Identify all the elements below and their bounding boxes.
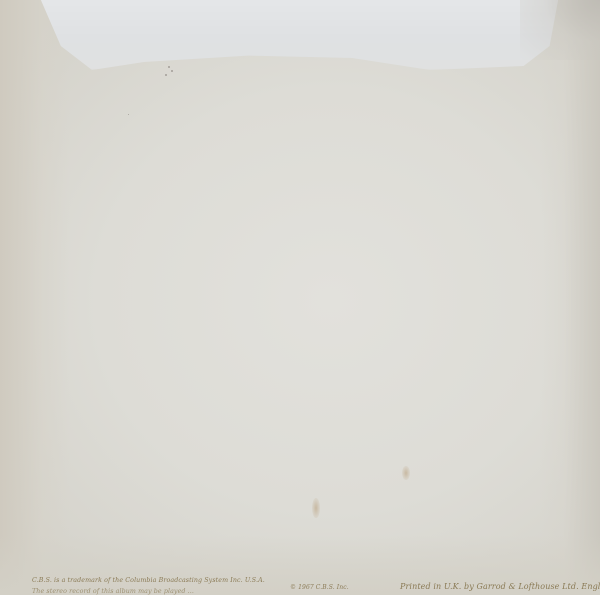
dust-speck [171,70,173,72]
printer-credit: Printed in U.K. by Garrod & Lofthouse Lt… [400,582,600,591]
dust-speck [168,66,170,68]
right-edge-shadow [540,0,600,595]
stereo-note: The stereo record of this album may be p… [32,588,194,595]
corner-shadow [520,0,600,60]
copyright-notice: © 1967 C.B.S. Inc. [290,584,349,591]
trademark-credit: C.B.S. is a trademark of the Columbia Br… [32,577,265,584]
dust-speck [128,114,129,115]
dust-speck [165,74,167,76]
light-glare [40,0,560,70]
paper-stain [312,498,320,518]
record-sleeve-back: C.B.S. is a trademark of the Columbia Br… [0,0,600,595]
left-edge-shadow [0,0,70,595]
paper-stain [402,466,410,480]
